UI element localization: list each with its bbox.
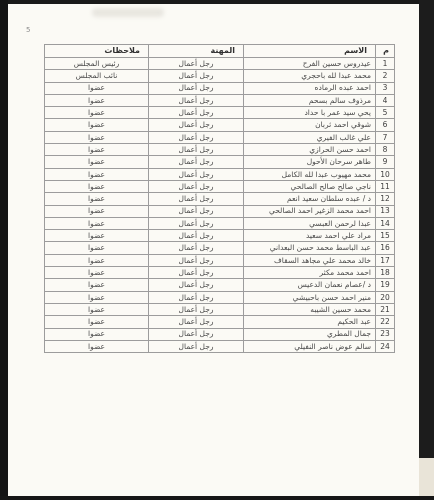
- profession-cell: رجل أعمال: [149, 230, 244, 242]
- name-cell: د / عبده سلطان سعيد انعم: [244, 193, 376, 205]
- name-cell: احمد عبده الرماده: [244, 82, 376, 94]
- profession-cell: رجل أعمال: [149, 291, 244, 303]
- name-cell: منير احمد حسن باحبيشي: [244, 291, 376, 303]
- header-profession: المهنة: [149, 45, 244, 58]
- row-number-cell: 5: [376, 107, 395, 119]
- scan-smudge: [92, 8, 164, 17]
- table-row: 21محمد حسين الشيبهرجل أعمالعضوا: [45, 303, 395, 315]
- row-number-cell: 15: [376, 230, 395, 242]
- table-row: 8احمد حسن الحرازيرجل أعمالعضوا: [45, 144, 395, 156]
- row-number-cell: 20: [376, 291, 395, 303]
- table-row: 19د /عصام نعمان الدعيسرجل أعمالعضوا: [45, 279, 395, 291]
- notes-cell: عضوا: [45, 242, 149, 254]
- name-cell: محمد مهيوب عبدا لله الكامل: [244, 168, 376, 180]
- row-number-cell: 9: [376, 156, 395, 168]
- name-cell: د /عصام نعمان الدعيس: [244, 279, 376, 291]
- row-number-cell: 12: [376, 193, 395, 205]
- table-row: 1عيدروس حسين الفرحرجل أعمالرئيس المجلس: [45, 58, 395, 70]
- profession-cell: رجل أعمال: [149, 340, 244, 352]
- table-row: 2محمد عبدا لله باحجريرجل أعمالنائب المجل…: [45, 70, 395, 82]
- profession-cell: رجل أعمال: [149, 58, 244, 70]
- profession-cell: رجل أعمال: [149, 328, 244, 340]
- notes-cell: عضوا: [45, 131, 149, 143]
- profession-cell: رجل أعمال: [149, 205, 244, 217]
- name-cell: سالم عوض ناصر النفيلي: [244, 340, 376, 352]
- scan-border-top: [0, 0, 434, 4]
- row-number-cell: 8: [376, 144, 395, 156]
- notes-cell: عضوا: [45, 254, 149, 266]
- scan-border-bottom: [0, 496, 434, 500]
- table-row: 15مراد علي احمد سعيدرجل أعمالعضوا: [45, 230, 395, 242]
- name-cell: احمد حسن الحرازي: [244, 144, 376, 156]
- page-number: 5: [26, 26, 30, 34]
- row-number-cell: 1: [376, 58, 395, 70]
- scan-border-left: [0, 0, 8, 500]
- name-cell: احمد محمد مكثر: [244, 267, 376, 279]
- profession-cell: رجل أعمال: [149, 267, 244, 279]
- name-cell: عيدروس حسين الفرح: [244, 58, 376, 70]
- notes-cell: عضوا: [45, 279, 149, 291]
- name-cell: محمد حسين الشيبه: [244, 303, 376, 315]
- notes-cell: عضوا: [45, 291, 149, 303]
- notes-cell: عضوا: [45, 340, 149, 352]
- profession-cell: رجل أعمال: [149, 168, 244, 180]
- name-cell: محمد عبدا لله باحجري: [244, 70, 376, 82]
- notes-cell: عضوا: [45, 267, 149, 279]
- table-row: 5يحي سيد عمر با حدادرجل أعمالعضوا: [45, 107, 395, 119]
- notes-cell: عضوا: [45, 193, 149, 205]
- header-notes: ملاحظات: [45, 45, 149, 58]
- profession-cell: رجل أعمال: [149, 180, 244, 192]
- name-cell: عبد الحكيم: [244, 316, 376, 328]
- profession-cell: رجل أعمال: [149, 107, 244, 119]
- row-number-cell: 13: [376, 205, 395, 217]
- notes-cell: عضوا: [45, 144, 149, 156]
- name-cell: احمد محمد الزغير احمد الصالحي: [244, 205, 376, 217]
- notes-cell: عضوا: [45, 94, 149, 106]
- name-cell: جمال المطري: [244, 328, 376, 340]
- row-number-cell: 3: [376, 82, 395, 94]
- profession-cell: رجل أعمال: [149, 70, 244, 82]
- table-row: 23جمال المطريرجل أعمالعضوا: [45, 328, 395, 340]
- row-number-cell: 19: [376, 279, 395, 291]
- notes-cell: عضوا: [45, 119, 149, 131]
- document-page: 5 م الاسم المهنة ملاحظات 1عيدروس حسين ال…: [0, 0, 434, 500]
- table-row: 10محمد مهيوب عبدا لله الكاملرجل أعمالعضو…: [45, 168, 395, 180]
- name-cell: عبد الباسط محمد حسن البعداني: [244, 242, 376, 254]
- name-cell: يحي سيد عمر با حداد: [244, 107, 376, 119]
- table-row: 4مرذوف سالم بسحمرجل أعمالعضوا: [45, 94, 395, 106]
- table-row: 7علي غالب الفيريرجل أعمالعضوا: [45, 131, 395, 143]
- notes-cell: عضوا: [45, 316, 149, 328]
- table-row: 24سالم عوض ناصر النفيليرجل أعمالعضوا: [45, 340, 395, 352]
- row-number-cell: 17: [376, 254, 395, 266]
- row-number-cell: 22: [376, 316, 395, 328]
- notes-cell: عضوا: [45, 82, 149, 94]
- name-cell: شوقي احمد ثربان: [244, 119, 376, 131]
- profession-cell: رجل أعمال: [149, 254, 244, 266]
- row-number-cell: 7: [376, 131, 395, 143]
- name-cell: علي غالب الفيري: [244, 131, 376, 143]
- name-cell: عبدا لرحمن العبسي: [244, 217, 376, 229]
- profession-cell: رجل أعمال: [149, 279, 244, 291]
- notes-cell: عضوا: [45, 180, 149, 192]
- table-row: 20منير احمد حسن باحبيشيرجل أعمالعضوا: [45, 291, 395, 303]
- profession-cell: رجل أعمال: [149, 193, 244, 205]
- name-cell: طاهر سرحان الأحول: [244, 156, 376, 168]
- profession-cell: رجل أعمال: [149, 316, 244, 328]
- table-row: 17خالد محمد علي مجاهد السقافرجل أعمالعضو…: [45, 254, 395, 266]
- row-number-cell: 11: [376, 180, 395, 192]
- profession-cell: رجل أعمال: [149, 217, 244, 229]
- name-cell: خالد محمد علي مجاهد السقاف: [244, 254, 376, 266]
- profession-cell: رجل أعمال: [149, 144, 244, 156]
- table-row: 6شوقي احمد ثربانرجل أعمالعضوا: [45, 119, 395, 131]
- table-row: 14عبدا لرحمن العبسيرجل أعمالعضوا: [45, 217, 395, 229]
- profession-cell: رجل أعمال: [149, 303, 244, 315]
- name-cell: مرذوف سالم بسحم: [244, 94, 376, 106]
- scan-border-right: [419, 0, 434, 458]
- notes-cell: عضوا: [45, 303, 149, 315]
- table-row: 13احمد محمد الزغير احمد الصالحيرجل أعمال…: [45, 205, 395, 217]
- row-number-cell: 24: [376, 340, 395, 352]
- row-number-cell: 16: [376, 242, 395, 254]
- table-row: 9طاهر سرحان الأحولرجل أعمالعضوا: [45, 156, 395, 168]
- row-number-cell: 14: [376, 217, 395, 229]
- name-cell: ناجي صالح صالح الصالحي: [244, 180, 376, 192]
- row-number-cell: 21: [376, 303, 395, 315]
- table-row: 16عبد الباسط محمد حسن البعدانيرجل أعمالع…: [45, 242, 395, 254]
- table-row: 11ناجي صالح صالح الصالحيرجل أعمالعضوا: [45, 180, 395, 192]
- table-row: 12د / عبده سلطان سعيد انعمرجل أعمالعضوا: [45, 193, 395, 205]
- name-cell: مراد علي احمد سعيد: [244, 230, 376, 242]
- profession-cell: رجل أعمال: [149, 119, 244, 131]
- profession-cell: رجل أعمال: [149, 82, 244, 94]
- header-num: م: [376, 45, 395, 58]
- table-row: 3احمد عبده الرمادهرجل أعمالعضوا: [45, 82, 395, 94]
- notes-cell: عضوا: [45, 107, 149, 119]
- row-number-cell: 10: [376, 168, 395, 180]
- scan-border-right-fade: [419, 458, 434, 500]
- table-row: 18احمد محمد مكثررجل أعمالعضوا: [45, 267, 395, 279]
- table-row: 22عبد الحكيمرجل أعمالعضوا: [45, 316, 395, 328]
- row-number-cell: 18: [376, 267, 395, 279]
- header-name: الاسم: [244, 45, 376, 58]
- profession-cell: رجل أعمال: [149, 131, 244, 143]
- members-table: م الاسم المهنة ملاحظات 1عيدروس حسين الفر…: [44, 44, 395, 353]
- notes-cell: عضوا: [45, 205, 149, 217]
- notes-cell: عضوا: [45, 168, 149, 180]
- row-number-cell: 4: [376, 94, 395, 106]
- notes-cell: عضوا: [45, 217, 149, 229]
- profession-cell: رجل أعمال: [149, 156, 244, 168]
- members-table-body: 1عيدروس حسين الفرحرجل أعمالرئيس المجلس2م…: [45, 58, 395, 353]
- profession-cell: رجل أعمال: [149, 242, 244, 254]
- profession-cell: رجل أعمال: [149, 94, 244, 106]
- notes-cell: عضوا: [45, 230, 149, 242]
- row-number-cell: 23: [376, 328, 395, 340]
- notes-cell: عضوا: [45, 156, 149, 168]
- notes-cell: نائب المجلس: [45, 70, 149, 82]
- members-table-wrap: م الاسم المهنة ملاحظات 1عيدروس حسين الفر…: [44, 44, 394, 353]
- notes-cell: عضوا: [45, 328, 149, 340]
- row-number-cell: 6: [376, 119, 395, 131]
- row-number-cell: 2: [376, 70, 395, 82]
- notes-cell: رئيس المجلس: [45, 58, 149, 70]
- table-header-row: م الاسم المهنة ملاحظات: [45, 45, 395, 58]
